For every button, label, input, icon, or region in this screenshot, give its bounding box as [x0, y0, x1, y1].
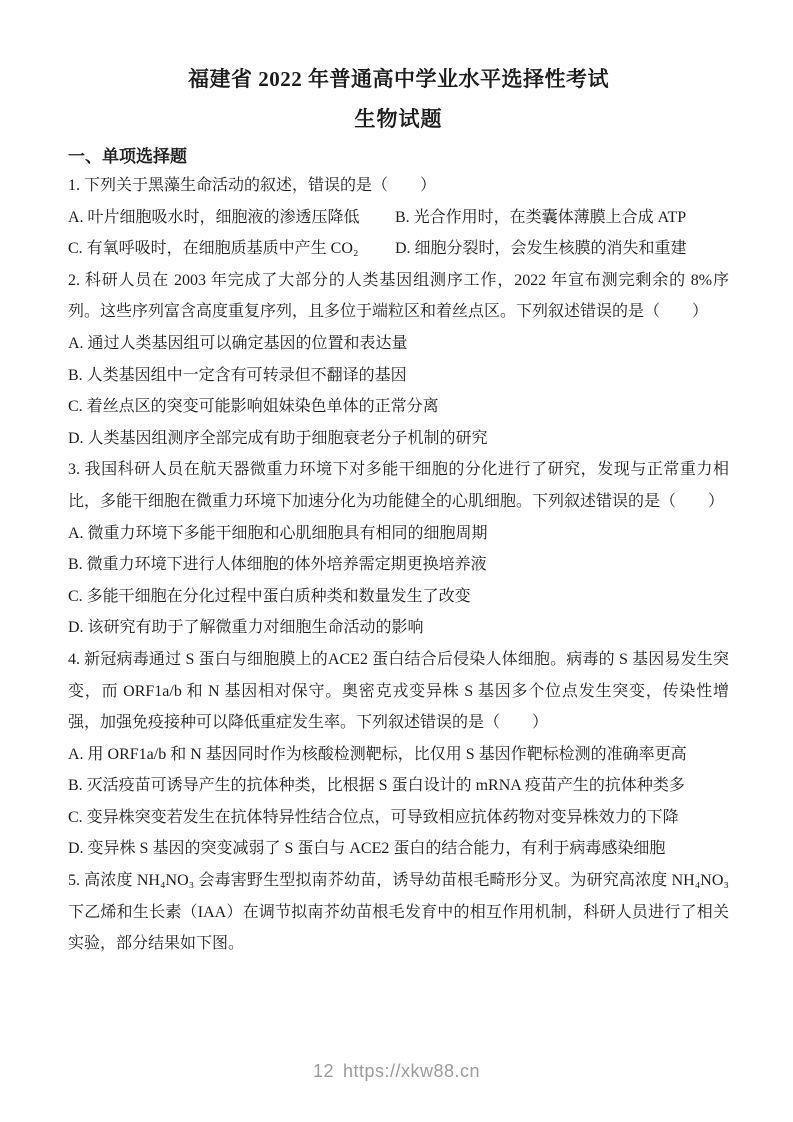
- page-subtitle: 生物试题: [68, 104, 729, 134]
- question-3-option-d: D. 该研究有助于了解微重力对细胞生命活动的影响: [68, 612, 729, 644]
- question-3-stem: 3. 我国科研人员在航天器微重力环境下对多能干细胞的分化进行了研究，发现与正常重…: [68, 454, 729, 517]
- question-1-stem: 1. 下列关于黑藻生命活动的叙述，错误的是（ ）: [68, 170, 729, 202]
- page-content: 福建省 2022 年普通高中学业水平选择性考试 生物试题 一、单项选择题 1. …: [0, 0, 793, 960]
- question-2-option-c: C. 着丝点区的突变可能影响姐妹染色单体的正常分离: [68, 391, 729, 423]
- question-3-option-b: B. 微重力环境下进行人体细胞的体外培养需定期更换培养液: [68, 549, 729, 581]
- question-2: 2. 科研人员在 2003 年完成了大部分的人类基因组测序工作，2022 年宣布…: [68, 265, 729, 455]
- question-4-option-b: B. 灭活疫苗可诱导产生的抗体种类，比根据 S 蛋白设计的 mRNA 疫苗产生的…: [68, 770, 729, 802]
- question-4-option-a: A. 用 ORF1a/b 和 N 基因同时作为核酸检测靶标，比仅用 S 基因作靶…: [68, 739, 729, 771]
- question-2-option-a: A. 通过人类基因组可以确定基因的位置和表达量: [68, 328, 729, 360]
- question-2-option-d: D. 人类基因组测序全部完成有助于细胞衰老分子机制的研究: [68, 423, 729, 455]
- question-5-stem: 5. 高浓度 NH₄NO₃ 会毒害野生型拟南芥幼苗，诱导幼苗根毛畸形分叉。为研究…: [68, 865, 729, 960]
- question-2-stem: 2. 科研人员在 2003 年完成了大部分的人类基因组测序工作，2022 年宣布…: [68, 265, 729, 328]
- footer-url: https://xkw88.cn: [343, 1058, 480, 1084]
- question-2-option-b: B. 人类基因组中一定含有可转录但不翻译的基因: [68, 360, 729, 392]
- question-3-option-c: C. 多能干细胞在分化过程中蛋白质种类和数量发生了改变: [68, 581, 729, 613]
- question-3-option-a: A. 微重力环境下多能干细胞和心肌细胞具有相同的细胞周期: [68, 518, 729, 550]
- question-4-stem: 4. 新冠病毒通过 S 蛋白与细胞膜上的ACE2 蛋白结合后侵染人体细胞。病毒的…: [68, 644, 729, 739]
- question-5: 5. 高浓度 NH₄NO₃ 会毒害野生型拟南芥幼苗，诱导幼苗根毛畸形分叉。为研究…: [68, 865, 729, 960]
- question-4-option-d: D. 变异株 S 基因的突变减弱了 S 蛋白与 ACE2 蛋白的结合能力，有利于…: [68, 833, 729, 865]
- question-1-option-c: C. 有氧呼吸时，在细胞质基质中产生 CO₂: [68, 233, 395, 265]
- question-1-option-b: B. 光合作用时，在类囊体薄膜上合成 ATP: [395, 202, 729, 234]
- exam-paper-page: 福建省 2022 年普通高中学业水平选择性考试 生物试题 一、单项选择题 1. …: [0, 0, 793, 1122]
- section-heading: 一、单项选择题: [68, 143, 729, 170]
- question-1-options: A. 叶片细胞吸水时，细胞液的渗透压降低 B. 光合作用时，在类囊体薄膜上合成 …: [68, 202, 729, 265]
- question-1-option-a: A. 叶片细胞吸水时，细胞液的渗透压降低: [68, 202, 395, 234]
- question-4-option-c: C. 变异株突变若发生在抗体特异性结合位点，可导致相应抗体药物对变异株效力的下降: [68, 802, 729, 834]
- question-1-option-d: D. 细胞分裂时，会发生核膜的消失和重建: [395, 233, 729, 265]
- page-footer: 12 https://xkw88.cn: [0, 1058, 793, 1084]
- footer-page-number: 12: [313, 1058, 334, 1084]
- question-3: 3. 我国科研人员在航天器微重力环境下对多能干细胞的分化进行了研究，发现与正常重…: [68, 454, 729, 644]
- question-4: 4. 新冠病毒通过 S 蛋白与细胞膜上的ACE2 蛋白结合后侵染人体细胞。病毒的…: [68, 644, 729, 865]
- question-1: 1. 下列关于黑藻生命活动的叙述，错误的是（ ） A. 叶片细胞吸水时，细胞液的…: [68, 170, 729, 265]
- page-title: 福建省 2022 年普通高中学业水平选择性考试: [68, 64, 729, 94]
